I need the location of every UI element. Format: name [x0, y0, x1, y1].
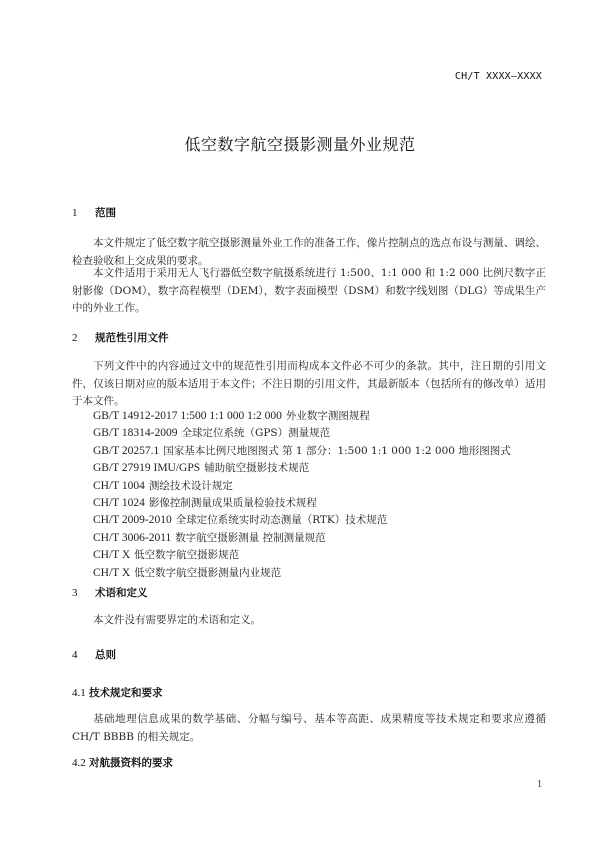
reference-code: CH/T 2009-2010 — [93, 514, 172, 526]
section-title: 总则 — [95, 649, 116, 661]
section-number: 2 — [72, 332, 95, 344]
reference-item: GB/T 27919 IMU/GPS辅助航空摄影技术规范 — [93, 460, 511, 477]
reference-code: CH/T 1004 — [93, 480, 145, 492]
section-4-1-heading: 4.1技术规定和要求 — [72, 685, 163, 700]
reference-item: CH/T 1004测绘技术设计规定 — [93, 478, 511, 495]
reference-item: GB/T 14912-2017 1:500 1:1 000 1:2 000外业数… — [93, 408, 511, 425]
reference-title: 数字航空摄影测量 控制测量规范 — [175, 532, 325, 544]
reference-list: GB/T 14912-2017 1:500 1:1 000 1:2 000外业数… — [93, 408, 511, 582]
section-number: 4.1 — [72, 687, 89, 699]
reference-title: 影像控制测量成果质量检验技术规程 — [149, 497, 317, 509]
reference-title: 全球定位系统实时动态测量（RTK）技术规范 — [176, 514, 388, 526]
section-number: 3 — [72, 587, 95, 599]
section-4-1-paragraph: 基础地理信息成果的数学基础、分幅与编号、基本等高距、成果精度等技术规定和要求应遵… — [72, 711, 546, 746]
reference-item: CH/T 1024影像控制测量成果质量检验技术规程 — [93, 495, 511, 512]
reference-code: CH/T X — [93, 567, 130, 579]
section-2-heading: 2规范性引用文件 — [72, 330, 169, 345]
reference-code: CH/T X — [93, 549, 130, 561]
section-2-intro: 下列文件中的内容通过文中的规范性引用而构成本文件必不可少的条款。其中，注日期的引… — [72, 358, 546, 411]
section-title: 术语和定义 — [95, 587, 148, 599]
section-number: 4.2 — [72, 757, 89, 769]
reference-code: GB/T 18314-2009 — [93, 427, 177, 439]
reference-item: CH/T 2009-2010全球定位系统实时动态测量（RTK）技术规范 — [93, 512, 511, 529]
reference-item: GB/T 20257.1国家基本比例尺地图图式 第 1 部分：1:500 1:1… — [93, 443, 511, 460]
reference-title: 国家基本比例尺地图图式 第 1 部分：1:500 1:1 000 1:2 000… — [163, 445, 511, 457]
section-3-paragraph: 本文件没有需要界定的术语和定义。 — [72, 612, 546, 630]
document-code: CH/T XXXX—XXXX — [455, 71, 542, 82]
page-number: 1 — [537, 779, 542, 790]
reference-code: GB/T 14912-2017 1:500 1:1 000 1:2 000 — [93, 410, 282, 422]
reference-item: CH/T X低空数字航空摄影规范 — [93, 547, 511, 564]
reference-item: CH/T 3006-2011数字航空摄影测量 控制测量规范 — [93, 530, 511, 547]
reference-title: 测绘技术设计规定 — [149, 480, 233, 492]
reference-code: GB/T 27919 IMU/GPS — [93, 462, 200, 474]
reference-title: 低空数字航空摄影规范 — [134, 549, 239, 561]
reference-title: 辅助航空摄影技术规范 — [204, 462, 309, 474]
reference-item: CH/T X低空数字航空摄影测量内业规范 — [93, 565, 511, 582]
document-page: CH/T XXXX—XXXX 低空数字航空摄影测量外业规范 1范围 本文件规定了… — [0, 0, 600, 850]
section-1-paragraph-2: 本文件适用于采用无人飞行器低空数字航摄系统进行 1:500、1:1 000 和 … — [72, 265, 546, 318]
reference-code: CH/T 3006-2011 — [93, 532, 171, 544]
document-title: 低空数字航空摄影测量外业规范 — [0, 132, 600, 155]
section-1-heading: 1范围 — [72, 205, 116, 220]
section-4-2-heading: 4.2对航摄资料的要求 — [72, 755, 173, 770]
section-title: 范围 — [95, 207, 116, 219]
reference-title: 低空数字航空摄影测量内业规范 — [134, 567, 281, 579]
reference-title: 全球定位系统（GPS）测量规范 — [181, 427, 330, 439]
section-number: 4 — [72, 649, 95, 661]
reference-title: 外业数字测图规程 — [286, 410, 370, 422]
reference-item: GB/T 18314-2009全球定位系统（GPS）测量规范 — [93, 425, 511, 442]
section-4-heading: 4总则 — [72, 647, 116, 662]
section-title: 规范性引用文件 — [95, 332, 169, 344]
section-title: 技术规定和要求 — [89, 687, 163, 699]
section-number: 1 — [72, 207, 95, 219]
reference-code: GB/T 20257.1 — [93, 445, 159, 457]
reference-code: CH/T 1024 — [93, 497, 145, 509]
section-title: 对航摄资料的要求 — [89, 757, 173, 769]
section-3-heading: 3术语和定义 — [72, 585, 148, 600]
